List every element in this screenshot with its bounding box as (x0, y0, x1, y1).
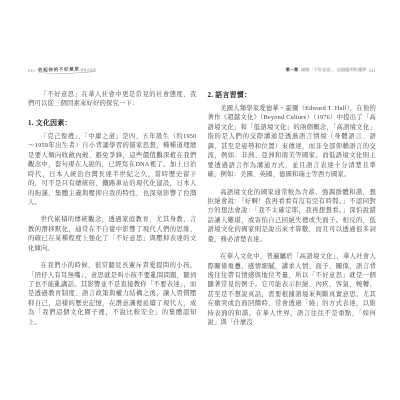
right-page-number: 041 (369, 68, 376, 73)
section-heading-culture: 1. 文化因素： (28, 117, 197, 127)
chapter-label: 第一章 (286, 67, 299, 73)
paragraph-confucian: 「克己復禮」、「中庸之道」是四、五年級生（約1950～1959年出生者）自小背誦… (28, 132, 197, 208)
chapter-title: 破解「不好意思」，這個隱形防護罩 (301, 67, 366, 73)
paragraph-chinese-culture: 在華人文化中，普遍屬於「高語境文化」，華人社會人際關係重疊、感情細膩，講求人情、… (208, 252, 377, 328)
paragraph-intro: 「不好意思」在華人社會中更是常見的社會態度，我們可以從三個因素來好好的探究一下： (28, 90, 197, 109)
left-running-head: 040 收起你的不好意思溝通表達篇 (28, 62, 197, 73)
paragraph-childhood: 在我們小的時候，很常聽見長輩斥責愛提問的小孩，「囝仔人有耳無嘴」，意思就是叫小孩… (28, 261, 197, 327)
paragraph-high-context-examples: 高語境文化的國家通常較為含蓄，強調群體和諧，想拒絕會說：「好啊！我再看看有沒有空… (208, 188, 377, 245)
right-running-head: 第一章 破解「不好意思」，這個隱形防護罩 041 (208, 62, 377, 73)
paragraph-tradition: 世代累積的傳統觀念，透過家庭教育，尤其身教、言教的潛移默化，通常在不自覺中影響了… (28, 215, 197, 253)
left-page: 040 收起你的不好意思溝通表達篇 「不好意思」在華人社會中更是常見的社會態度，… (28, 62, 197, 338)
paragraph-hall-context: 美國人類學家愛德華・霍爾（Edward T. Hall），在他的著作《超越文化》… (208, 104, 377, 180)
left-page-body: 「不好意思」在華人社會中更是常見的社會態度，我們可以從三個因素來好好的探究一下：… (28, 90, 197, 327)
section-heading-language: 2. 語言習慣： (208, 89, 377, 99)
book-title-logo: 收起你的不好意思溝通表達篇 (38, 68, 97, 73)
right-page-body: 2. 語言習慣： 美國人類學家愛德華・霍爾（Edward T. Hall），在他… (208, 89, 377, 328)
logo-swoosh-icon (38, 71, 97, 75)
book-spread: 040 收起你的不好意思溝通表達篇 「不好意思」在華人社會中更是常見的社會態度，… (28, 62, 376, 338)
right-page: 第一章 破解「不好意思」，這個隱形防護罩 041 2. 語言習慣： 美國人類學家… (208, 62, 377, 338)
left-page-number: 040 (28, 68, 35, 73)
